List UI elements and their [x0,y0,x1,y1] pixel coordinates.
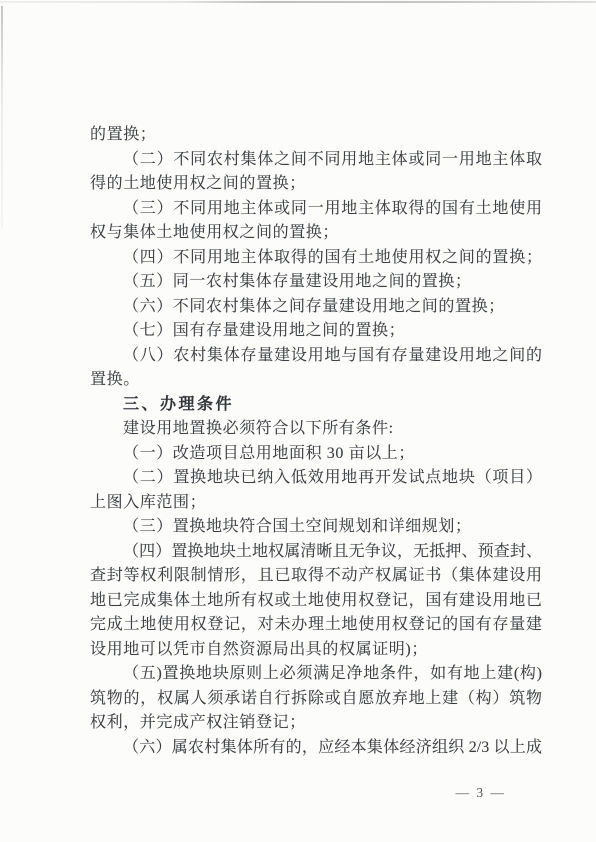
text-line: （八）农村集体存量建设用地与国有存量建设用地之间的 [90,344,542,369]
scanned-document-page: { "colors": { "paper": "#fcfcfb", "ink":… [0,0,596,842]
text-line: 筑物的，权属人须承诺自行拆除或自愿放弃地上建（构）筑物 [90,687,542,712]
text-line: （四）置换地块土地权属清晰且无争议，无抵押、预查封、 [90,540,542,565]
text-line: 查封等权利限制情形，且已取得不动产权属证书（集体建设用 [90,564,542,589]
document-body-text: 的置换；（二）不同农村集体之间不同用地主体或同一用地主体取得的土地使用权之间的置… [90,123,542,760]
text-line: 建设用地置换必须符合以下所有条件: [90,417,542,442]
text-line: （三）置换地块符合国土空间规划和详细规划； [90,515,542,540]
text-line: （一）改造项目总用地面积 30 亩以上； [90,442,542,467]
text-line: （六）属农村集体所有的，应经本集体经济组织 2/3 以上成 [90,736,542,761]
text-line: 地已完成集体土地所有权或土地使用权登记，国有建设用地已 [90,589,542,614]
text-line: 设用地可以凭市自然资源局出具的权属证明)； [90,638,542,663]
text-line: （六）不同农村集体之间存量建设用地之间的置换； [90,295,542,320]
text-line: 完成土地使用权登记，对未办理土地使用权登记的国有存量建 [90,613,542,638]
text-line: （二）不同农村集体之间不同用地主体或同一用地主体取 [90,148,542,173]
document-lines: 的置换；（二）不同农村集体之间不同用地主体或同一用地主体取得的土地使用权之间的置… [90,123,542,760]
text-line: （四）不同用地主体取得的国有土地使用权之间的置换； [90,246,542,271]
text-line: （七）国有存量建设用地之间的置换； [90,319,542,344]
text-line: （五）同一农村集体存量建设用地之间的置换； [90,270,542,295]
text-line: 的置换； [90,123,542,148]
scan-artifact-top-edge [0,1,596,3]
text-line: 权与集体土地使用权之间的置换； [90,221,542,246]
scan-artifact-left-edge [1,6,3,228]
text-line: 上图入库范围； [90,491,542,516]
text-line: 三、办理条件 [90,393,542,418]
text-line: 权利，并完成产权注销登记； [90,711,542,736]
text-line: （二）置换地块已纳入低效用地再开发试点地块（项目） [90,466,542,491]
page-number: — 3 — [456,785,507,801]
text-line: 置换。 [90,368,542,393]
text-line: （三）不同用地主体或同一用地主体取得的国有土地使用 [90,197,542,222]
text-line: 得的土地使用权之间的置换； [90,172,542,197]
text-line: （五)置换地块原则上必须满足净地条件，如有地上建(构) [90,662,542,687]
